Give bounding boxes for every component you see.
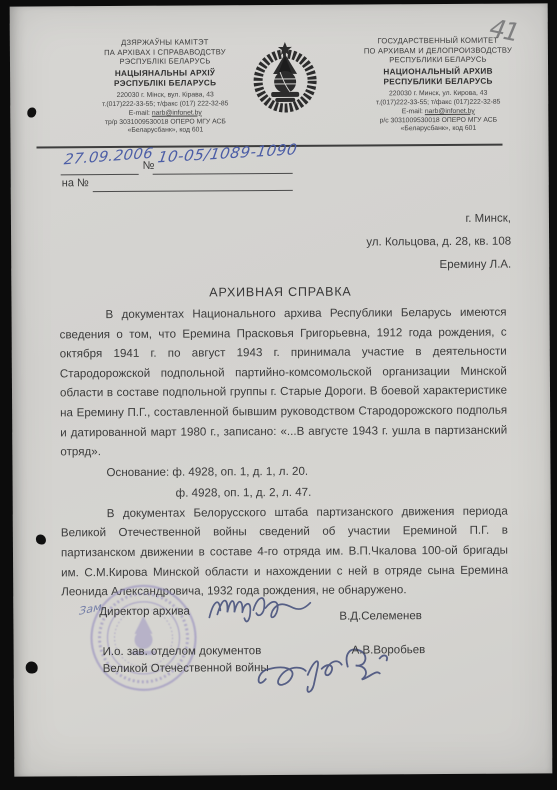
hole-punch-dot <box>27 107 36 117</box>
second-signatory-position: И.о. зав. отделом документов Великой Оте… <box>103 643 269 677</box>
hole-punch-dot <box>36 534 46 544</box>
document-page: ДЗЯРЖАЎНЫ КАМІТЭТ ПА АРХІВАХ І СПРАВАВОД… <box>10 3 553 776</box>
date-underline <box>61 174 139 175</box>
recipient-block: г. Минск, ул. Кольцова, д. 28, кв. 108 Е… <box>366 208 511 278</box>
hole-punch-dot <box>26 661 38 673</box>
number-underline <box>153 173 293 175</box>
scanned-document: ДЗЯРЖАЎНЫ КАМІТЭТ ПА АРХІВАХ І СПРАВАВОД… <box>0 0 557 790</box>
recipient-address: ул. Кольцова, д. 28, кв. 108 <box>366 231 511 255</box>
signatory-name: В.Д.Селеменев <box>339 610 422 623</box>
position-line: Великой Отечественной войны <box>103 660 269 678</box>
org-bank-line: «Беларусбанк», код 601 <box>330 125 546 135</box>
round-stamp-icon <box>87 582 200 695</box>
number-sign-label: № <box>143 160 155 172</box>
recipient-city: г. Минск, <box>366 208 511 232</box>
reply-to-label: на № <box>62 177 89 189</box>
org-line: РЕСПУБЛИКИ БЕЛАРУСЬ <box>330 55 546 66</box>
letterhead-right: ГОСУДАРСТВЕННЫЙ КОМИТЕТ ПО АРХИВАМ И ДЕЛ… <box>330 35 547 134</box>
signatory-name: А.В.Воробьев <box>352 644 426 656</box>
document-body: В документах Национального архива Респуб… <box>59 303 508 602</box>
email-label: E-mail: <box>129 110 150 117</box>
email-label: E-mail: <box>402 108 423 115</box>
signatory-position: Директор архива <box>99 606 190 619</box>
org-bank-line: «Беларусбанк», код 601 <box>48 126 282 136</box>
position-line: И.о. зав. отделом документов <box>103 643 269 661</box>
handwritten-page-number: 41 <box>487 13 520 47</box>
basis-line: ф. 4928, оп. 1, д. 2, л. 47. <box>61 480 508 504</box>
email-address: narb@infonet.by <box>425 108 475 115</box>
director-signature-icon <box>201 583 317 637</box>
handwritten-date: 27.09.2006 <box>63 146 154 169</box>
belarus-coat-of-arms-icon <box>247 40 323 116</box>
basis-line: Основание: ф. 4928, оп. 1, д. 1, л. 20. <box>60 459 507 483</box>
email-address: narb@infonet.by <box>152 109 202 116</box>
reply-underline <box>93 190 293 192</box>
org-name-line: РЕСПУБЛИКИ БЕЛАРУСЬ <box>330 76 546 88</box>
recipient-name: Еремину Л.А. <box>366 254 511 278</box>
handwritten-outgoing-number: 10-05/1089-1090 <box>157 140 299 166</box>
body-paragraph: В документах Национального архива Респуб… <box>59 303 507 462</box>
document-title: АРХИВНАЯ СПРАВКА <box>11 283 549 300</box>
reference-block: 27.09.2006 № 10-05/1089-1090 на № <box>61 145 321 199</box>
